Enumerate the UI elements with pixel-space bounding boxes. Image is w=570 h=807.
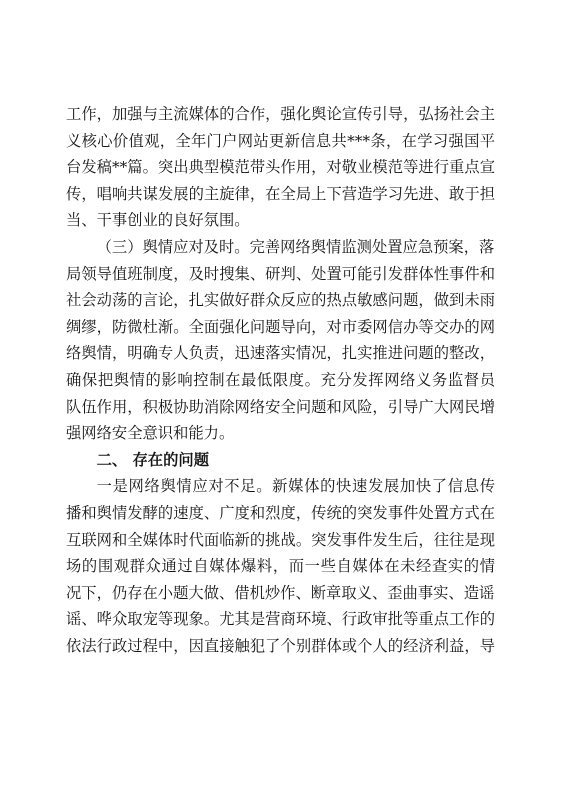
text-line: 当、干事创业的良好氛围。 (66, 207, 495, 234)
text-line: 强网络安全意识和能力。 (66, 420, 495, 447)
document-page: 工作，加强与主流媒体的合作，强化舆论宣传引导，弘扬社会主义核心价值观，全年门户网… (0, 0, 570, 807)
text-line: 台发稿**篇。突出典型模范带头作用，对敬业模范等进行重点宣 (66, 154, 495, 181)
text-line: 播和舆情发酵的速度、广度和烈度，传统的突发事件处置方式在 (66, 500, 495, 527)
text-line: 互联网和全媒体时代面临新的挑战。突发事件发生后，往往是现 (66, 527, 495, 554)
text-line: 谣、哗众取宠等现象。尤其是营商环境、行政审批等重点工作的 (66, 606, 495, 633)
text-line: 工作，加强与主流媒体的合作，强化舆论宣传引导，弘扬社会主 (66, 101, 495, 128)
text-line: 绸缪，防微杜渐。全面强化问题导向，对市委网信办等交办的网 (66, 314, 495, 341)
text-line: 局领导值班制度，及时搜集、研判、处置可能引发群体性事件和 (66, 261, 495, 288)
text-line: 一是网络舆情应对不足。新媒体的快速发展加快了信息传 (66, 473, 495, 500)
text-line: 场的围观群众通过自媒体爆料，而一些自媒体在未经查实的情 (66, 553, 495, 580)
text-line: 社会动荡的言论，扎实做好群众反应的热点敏感问题，做到未雨 (66, 287, 495, 314)
text-line: 依法行政过程中，因直接触犯了个别群体或个人的经济利益，导 (66, 633, 495, 660)
text-line: 确保把舆情的影响控制在最低限度。充分发挥网络义务监督员 (66, 367, 495, 394)
text-line: 传，唱响共谋发展的主旋律，在全局上下营造学习先进、敢于担 (66, 181, 495, 208)
text-line: （三）舆情应对及时。完善网络舆情监测处置应急预案，落实 (66, 234, 495, 261)
heading-line: 二、 存在的问题 (66, 447, 495, 474)
text-line: 队伍作用，积极协助消除网络安全问题和风险，引导广大网民增 (66, 394, 495, 421)
document-text-block: 工作，加强与主流媒体的合作，强化舆论宣传引导，弘扬社会主义核心价值观，全年门户网… (66, 101, 495, 659)
text-line: 络舆情，明确专人负责，迅速落实情况，扎实推进问题的整改， (66, 340, 495, 367)
text-line: 况下，仍存在小题大做、借机炒作、断章取义、歪曲事实、造谣传 (66, 580, 495, 607)
text-line: 义核心价值观，全年门户网站更新信息共***条，在学习强国平 (66, 128, 495, 155)
